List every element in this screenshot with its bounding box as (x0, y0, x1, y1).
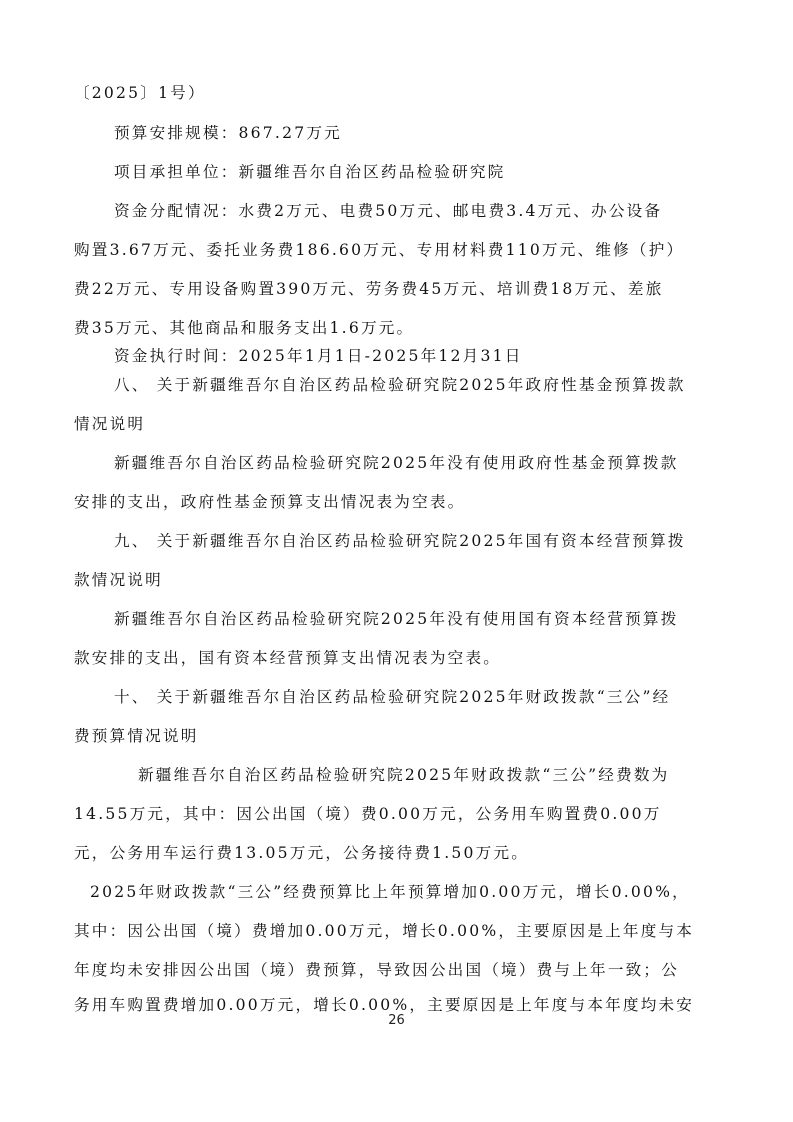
text-line: 费22万元、专用设备购置390万元、劳务费45万元、培训费18万元、差旅 (74, 279, 664, 299)
text-line: 年度均未安排因公出国（境）费预算，导致因公出国（境）费与上年一致；公 (74, 960, 679, 980)
text-line: 资金执行时间：2025年1月1日-2025年12月31日 (114, 346, 523, 366)
text-line: 十、 关于新疆维吾尔自治区药品检验研究院2025年财政拨款“三公”经 (114, 687, 670, 707)
text-line: 九、 关于新疆维吾尔自治区药品检验研究院2025年国有资本经营预算拨 (114, 531, 686, 551)
text-line: 费35万元、其他商品和服务支出1.6万元。 (74, 318, 414, 338)
text-line: 款情况说明 (74, 570, 163, 590)
text-line: 购置3.67万元、委托业务费186.60万元、专用材料费110万元、维修（护） (74, 240, 684, 260)
text-line: 费预算情况说明 (74, 726, 199, 746)
text-line: 〔2025〕1号） (74, 83, 206, 103)
text-line: 八、 关于新疆维吾尔自治区药品检验研究院2025年政府性基金预算拨款 (114, 375, 686, 395)
text-line: 款安排的支出，国有资本经营预算支出情况表为空表。 (74, 648, 501, 668)
text-line: 14.55万元，其中：因公出国（境）费0.00万元，公务用车购置费0.00万 (74, 804, 662, 824)
text-line: 其中：因公出国（境）费增加0.00万元，增长0.00%，主要原因是上年度与本 (74, 921, 694, 941)
text-line: 新疆维吾尔自治区药品检验研究院2025年没有使用国有资本经营预算拨 (114, 609, 679, 629)
text-line: 项目承担单位：新疆维吾尔自治区药品检验研究院 (114, 162, 505, 182)
text-line: 安排的支出，政府性基金预算支出情况表为空表。 (74, 492, 465, 512)
text-line: 元，公务用车运行费13.05万元，公务接待费1.50万元。 (74, 843, 529, 863)
text-line: 情况说明 (74, 414, 145, 434)
text-line: 2025年财政拨款“三公”经费预算比上年预算增加0.00万元，增长0.00%， (90, 882, 690, 902)
text-line: 资金分配情况：水费2万元、电费50万元、邮电费3.4万元、办公设备 (114, 201, 662, 221)
page-number: 26 (0, 1013, 793, 1028)
text-line: 务用车购置费增加0.00万元，增长0.00%，主要原因是上年度与本年度均未安 (74, 995, 694, 1015)
text-line: 预算安排规模：867.27万元 (114, 123, 342, 143)
text-line: 新疆维吾尔自治区药品检验研究院2025年没有使用政府性基金预算拨款 (114, 453, 679, 473)
text-line: 新疆维吾尔自治区药品检验研究院2025年财政拨款“三公”经费数为 (138, 765, 669, 785)
